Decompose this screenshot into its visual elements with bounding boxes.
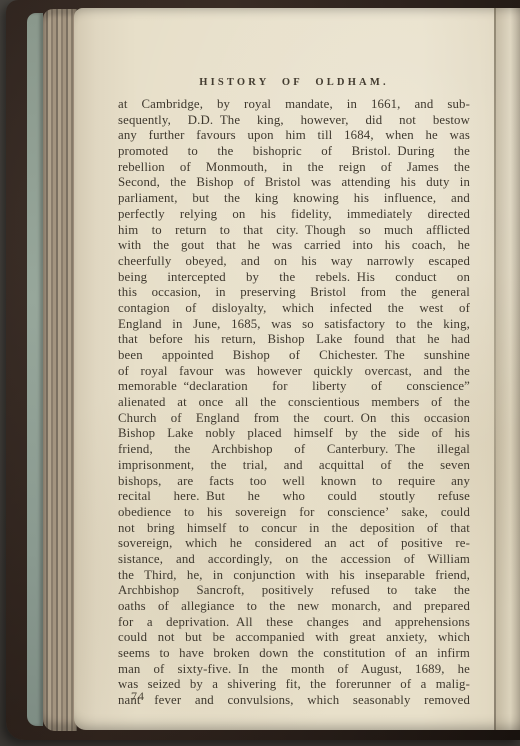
gutter-shadow (496, 8, 520, 730)
text-line: man of sixty-five. In the month of Augus… (118, 662, 470, 678)
text-line: parliament, but the king knowing his inf… (118, 191, 470, 207)
book-photo: HISTORY OF OLDHAM. at Cambridge, by roya… (0, 0, 520, 746)
text-line: could not but be accompanied with great … (118, 630, 470, 646)
text-line: memorable “declaration for liberty of co… (118, 379, 470, 395)
text-line: bishops, are facts too well known to req… (118, 474, 470, 490)
endpaper-edge (27, 13, 43, 726)
text-line: friend, the Archbishop of Canterbury. Th… (118, 442, 470, 458)
text-line: sovereign, which he considered an act of… (118, 536, 470, 552)
text-line: rebellion of Monmouth, in the reign of J… (118, 160, 470, 176)
text-line: obedience to his sovereign for conscienc… (118, 505, 470, 521)
text-line: promoted to the bishopric of Bristol. Du… (118, 144, 470, 160)
gutter-crease (494, 8, 496, 730)
body-text: at Cambridge, by royal mandate, in 1661,… (118, 97, 470, 709)
text-line: Bishop Lake nobly placed himself by the … (118, 426, 470, 442)
text-line: that before his return, Bishop Lake foun… (118, 332, 470, 348)
text-line: being intercepted by the rebels. His con… (118, 270, 470, 286)
text-line: cheerfully obeyed, and on his way narrow… (118, 254, 470, 270)
text-line: this occasion, in preserving Bristol fro… (118, 285, 470, 301)
text-line: at Cambridge, by royal mandate, in 1661,… (118, 97, 470, 113)
page-number: 74 (131, 689, 145, 704)
text-line: been appointed Bishop of Chichester. The… (118, 348, 470, 364)
text-line: with the gout that he was carried into h… (118, 238, 470, 254)
text-line: alienated at once all the conscientious … (118, 395, 470, 411)
text-line: sistance, and accordingly, on the access… (118, 552, 470, 568)
running-header: HISTORY OF OLDHAM. (118, 77, 470, 88)
text-line: perfectly relying on his fidelity, immed… (118, 207, 470, 223)
book-page: HISTORY OF OLDHAM. at Cambridge, by roya… (74, 8, 520, 730)
text-line: Second, the Bishop of Bristol was attend… (118, 175, 470, 191)
text-line: sequently, D.D. The king, however, did n… (118, 113, 470, 129)
text-line: for a deprivation. All these changes and… (118, 615, 470, 631)
text-line: not bring himself to concur in the depos… (118, 521, 470, 537)
text-line: oaths of allegiance to the new monarch, … (118, 599, 470, 615)
text-line: contagion of disloyalty, which infected … (118, 301, 470, 317)
text-line: any further favours upon him till 1684, … (118, 128, 470, 144)
text-line: nant fever and convulsions, which season… (118, 693, 470, 709)
page-edges-stack (43, 9, 77, 731)
text-line: seems to have broken down the constituti… (118, 646, 470, 662)
text-line: him to return to that city. Though so mu… (118, 223, 470, 239)
text-line: of royal favour was however quickly over… (118, 364, 470, 380)
text-line: was seized by a shivering fit, the forer… (118, 677, 470, 693)
text-line: the Third, he, in conjunction with his i… (118, 568, 470, 584)
text-line: Archbishop Sancroft, positively refused … (118, 583, 470, 599)
text-line: imprisonment, the trial, and acquittal o… (118, 458, 470, 474)
text-line: England in June, 1685, was so satisfacto… (118, 317, 470, 333)
text-line: Church of England from the court. On thi… (118, 411, 470, 427)
text-line: recital here. But he who could stoutly r… (118, 489, 470, 505)
